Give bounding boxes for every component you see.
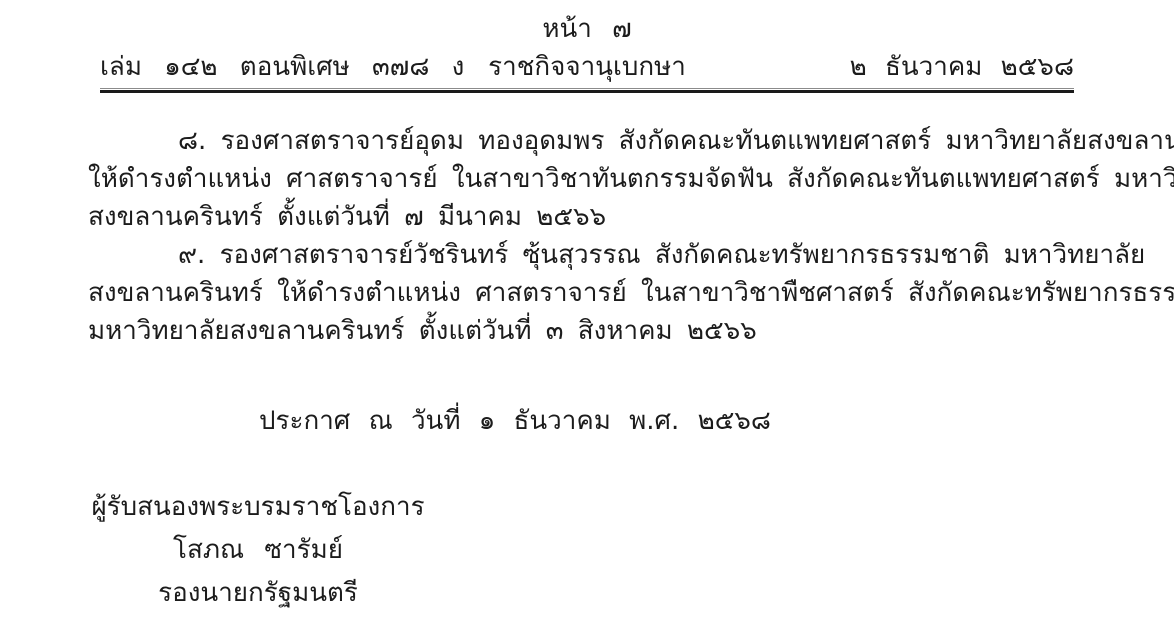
countersign-label: ผู้รับสนองพระบรมราชโองการ (58, 486, 458, 529)
signer-title: รองนายกรัฐมนตรี (58, 572, 458, 615)
paragraph-9-line-1: ๙. รองศาสตราจารย์วัชรินทร์ ซุ้นสุวรรณ สั… (88, 236, 1090, 274)
signer-name: โสภณ ซารัมย์ (58, 529, 458, 572)
body-text: ๘. รองศาสตราจารย์อุดม ทองอุดมพร สังกัดคณ… (88, 122, 1090, 350)
masthead-double-rule (100, 88, 1074, 93)
paragraph-8-line-2: ให้ดำรงตำแหน่ง ศาสตราจารย์ ในสาขาวิชาทัน… (88, 160, 1090, 198)
announcement-date-line: ประกาศ ณ วันที่ ๑ ธันวาคม พ.ศ. ๒๕๖๘ (100, 403, 930, 439)
paragraph-9-line-3: มหาวิทยาลัยสงขลานครินทร์ ตั้งแต่วันที่ ๓… (88, 312, 1090, 350)
page-number: หน้า ๗ (100, 12, 1074, 46)
issue-date: ๒ ธันวาคม ๒๕๖๘ (850, 50, 1074, 84)
volume-part-info: เล่ม ๑๔๒ ตอนพิเศษ ๓๗๘ ง (100, 50, 464, 84)
gazette-title: ราชกิจจานุเบกษา (488, 50, 686, 84)
signature-block: ผู้รับสนองพระบรมราชโองการ โสภณ ซารัมย์ ร… (58, 486, 458, 615)
paragraph-8-line-1: ๘. รองศาสตราจารย์อุดม ทองอุดมพร สังกัดคณ… (88, 122, 1090, 160)
paragraph-8-line-3: สงขลานครินทร์ ตั้งแต่วันที่ ๗ มีนาคม ๒๕๖… (88, 198, 1090, 236)
paragraph-9-line-2: สงขลานครินทร์ ให้ดำรงตำแหน่ง ศาสตราจารย์… (88, 274, 1090, 312)
masthead: เล่ม ๑๔๒ ตอนพิเศษ ๓๗๘ ง ราชกิจจานุเบกษา … (100, 50, 1074, 86)
gazette-page: หน้า ๗ เล่ม ๑๔๒ ตอนพิเศษ ๓๗๘ ง ราชกิจจาน… (0, 0, 1174, 641)
